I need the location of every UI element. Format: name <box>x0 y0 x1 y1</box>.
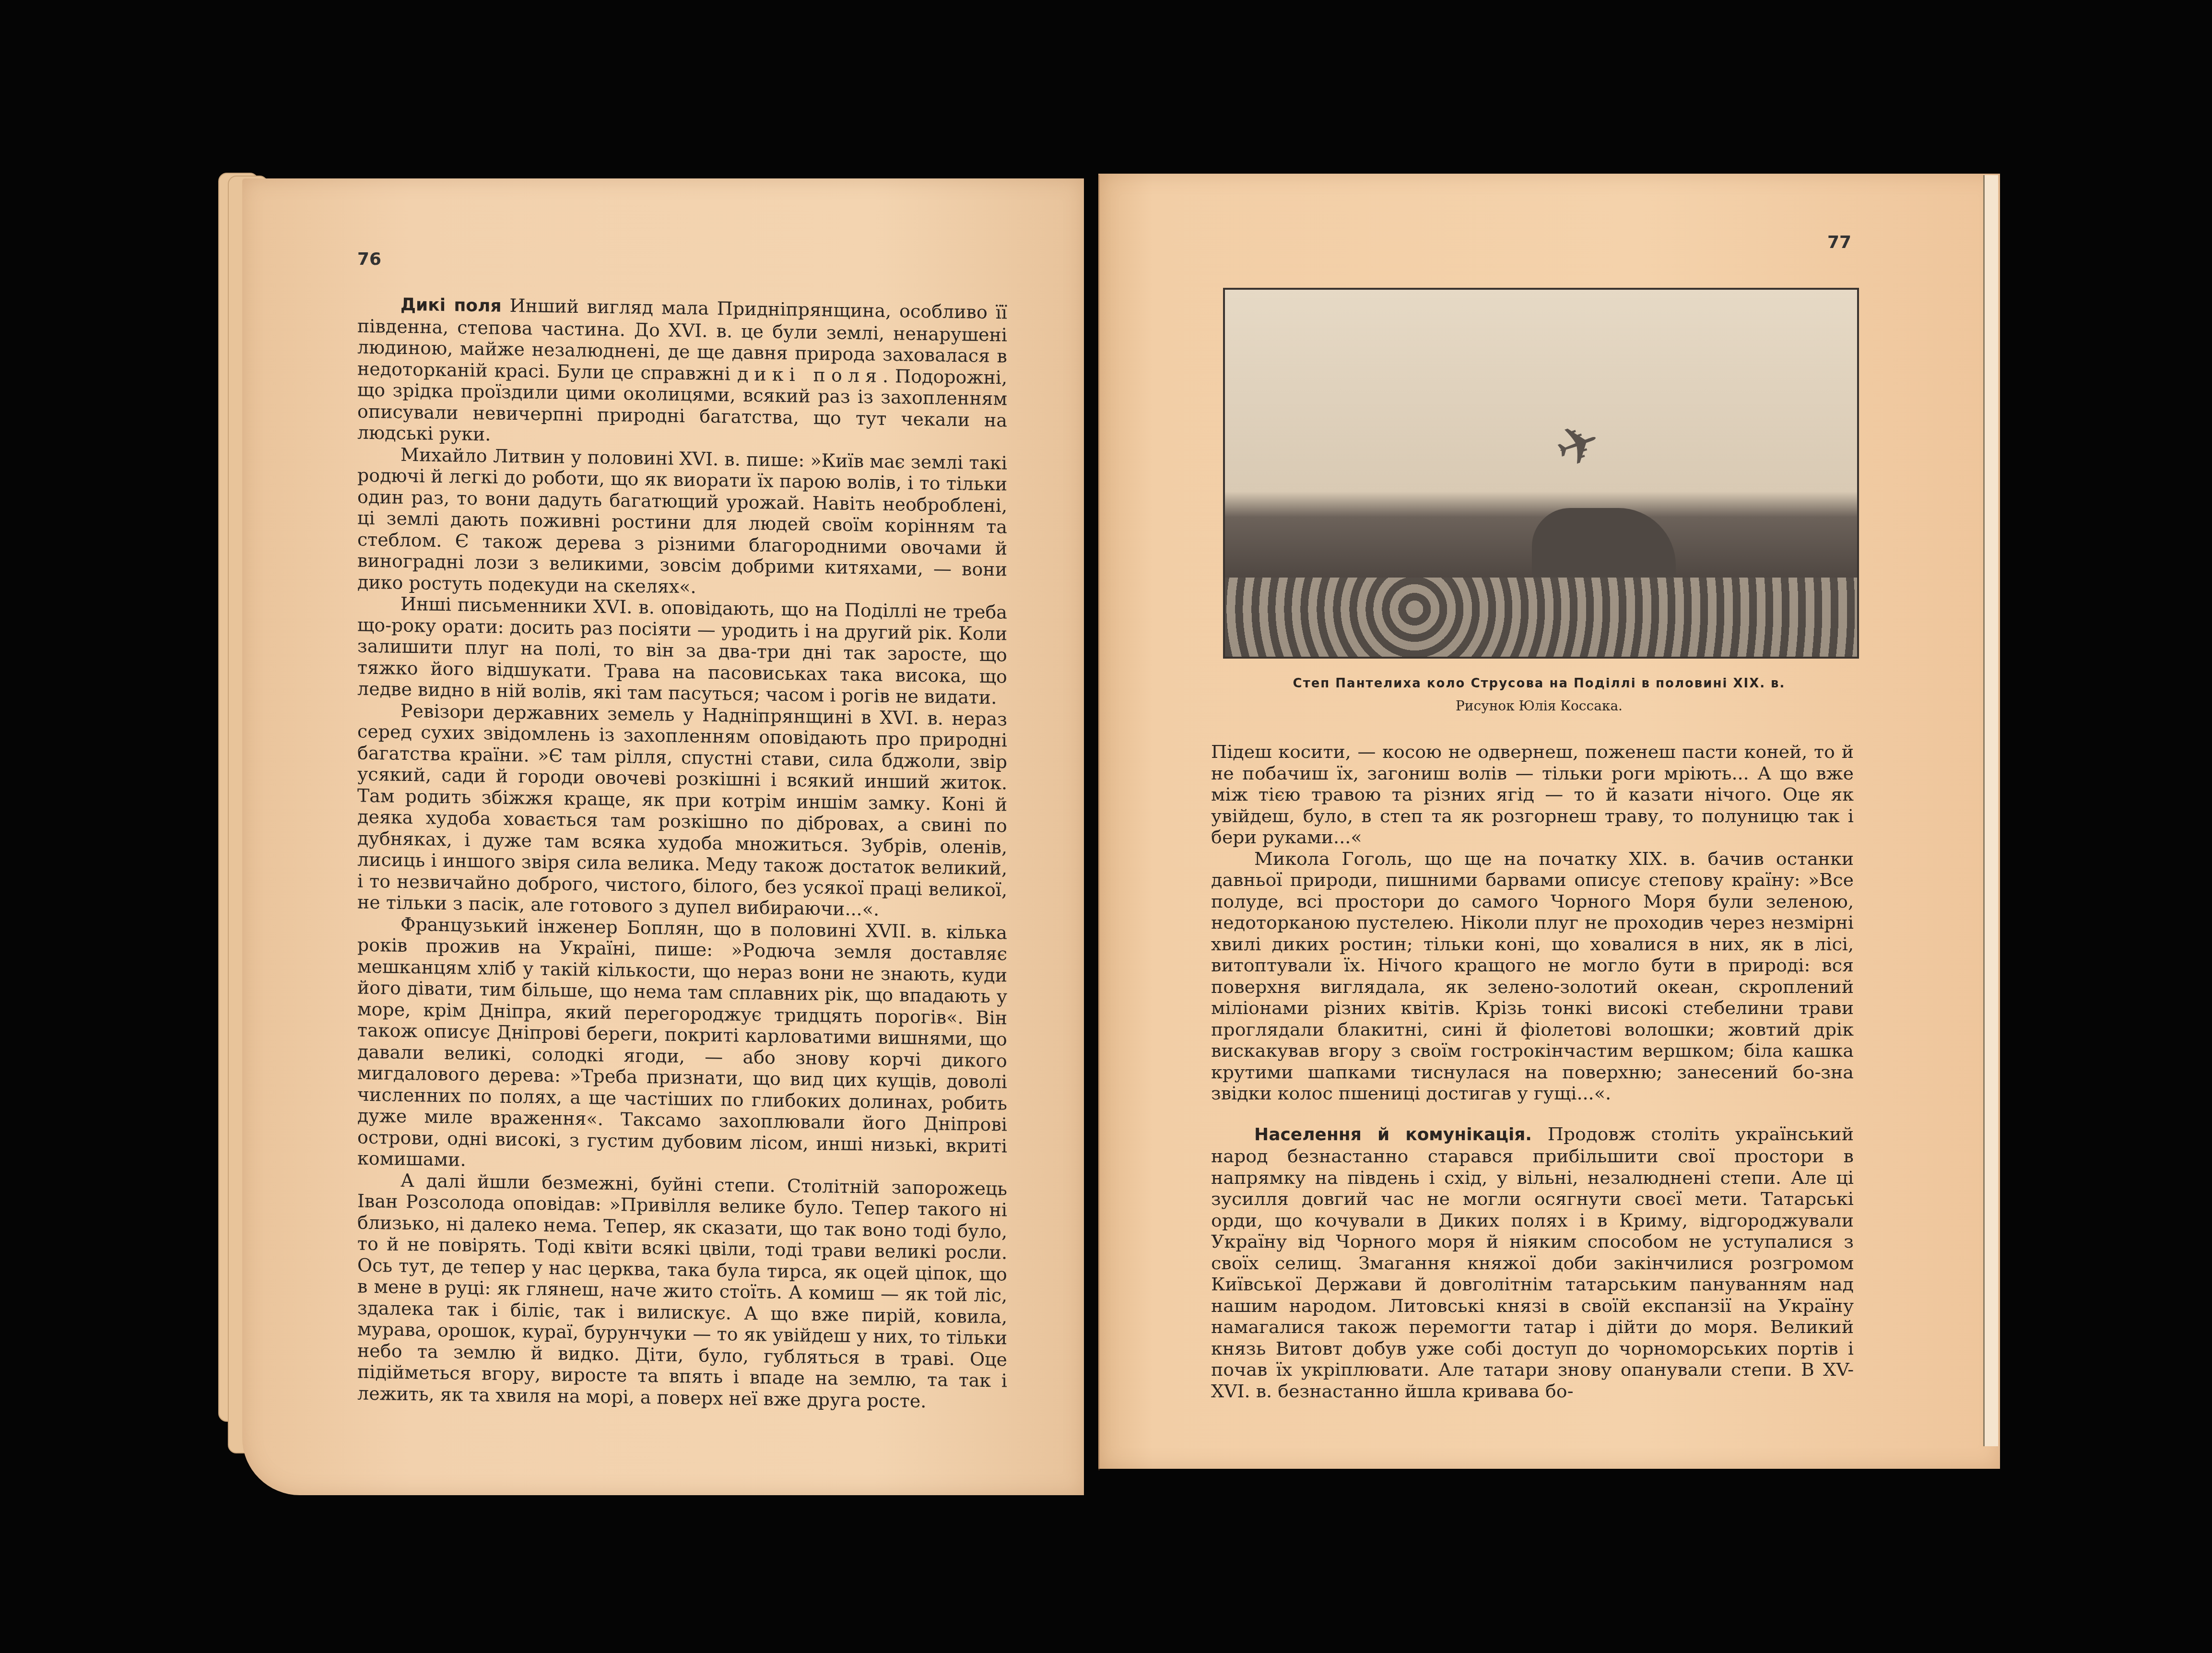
section-heading-wild-fields: Дикі поля <box>400 295 502 316</box>
figure-caption: Степ Пантелиха коло Струсова на Поділлі … <box>1223 676 1855 691</box>
figure-credit: Рисунок Юлія Коссака. <box>1223 698 1855 714</box>
stork-icon: ✈ <box>1547 409 1609 482</box>
emphasis-spaced: дикі поля <box>737 363 882 386</box>
page-number-left: 76 <box>357 249 381 269</box>
paragraph: Підеш косити, — косою не одвернеш, пожен… <box>1211 741 1854 848</box>
book-spine <box>1098 175 1100 1470</box>
paragraph: Инші письменники XVI. в. оповідають, що … <box>357 593 1007 708</box>
steppe-illustration: ✈ <box>1223 288 1859 659</box>
paragraph: А далі йшли безмежні, буйні степи. Столі… <box>357 1169 1007 1413</box>
section-heading-population: Населення й комунікація. <box>1254 1125 1532 1145</box>
paragraph: Микола Гоголь, що ще на початку XIX. в. … <box>1211 848 1854 1104</box>
paragraph: Французький інженер Боплян, що в половин… <box>357 913 1007 1178</box>
right-page-edge <box>1983 175 1998 1446</box>
paragraph: Ревізори державних земель у Надніпрянщин… <box>357 699 1007 922</box>
herd-texture <box>1225 578 1857 657</box>
left-page-text: Дикі поля Инший вигляд мала Придніпрянщи… <box>357 293 1007 1413</box>
paragraph: Дикі поля Инший вигляд мала Придніпрянщи… <box>357 293 1007 452</box>
right-page-text: Підеш косити, — косою не одвернеш, пожен… <box>1211 741 1854 1402</box>
paragraph: Михайло Литвин у половині XVI. в. пише: … <box>357 443 1007 602</box>
paragraph: Населення й комунікація. Продовж століть… <box>1211 1123 1854 1402</box>
page-number-right: 77 <box>1827 233 1851 252</box>
